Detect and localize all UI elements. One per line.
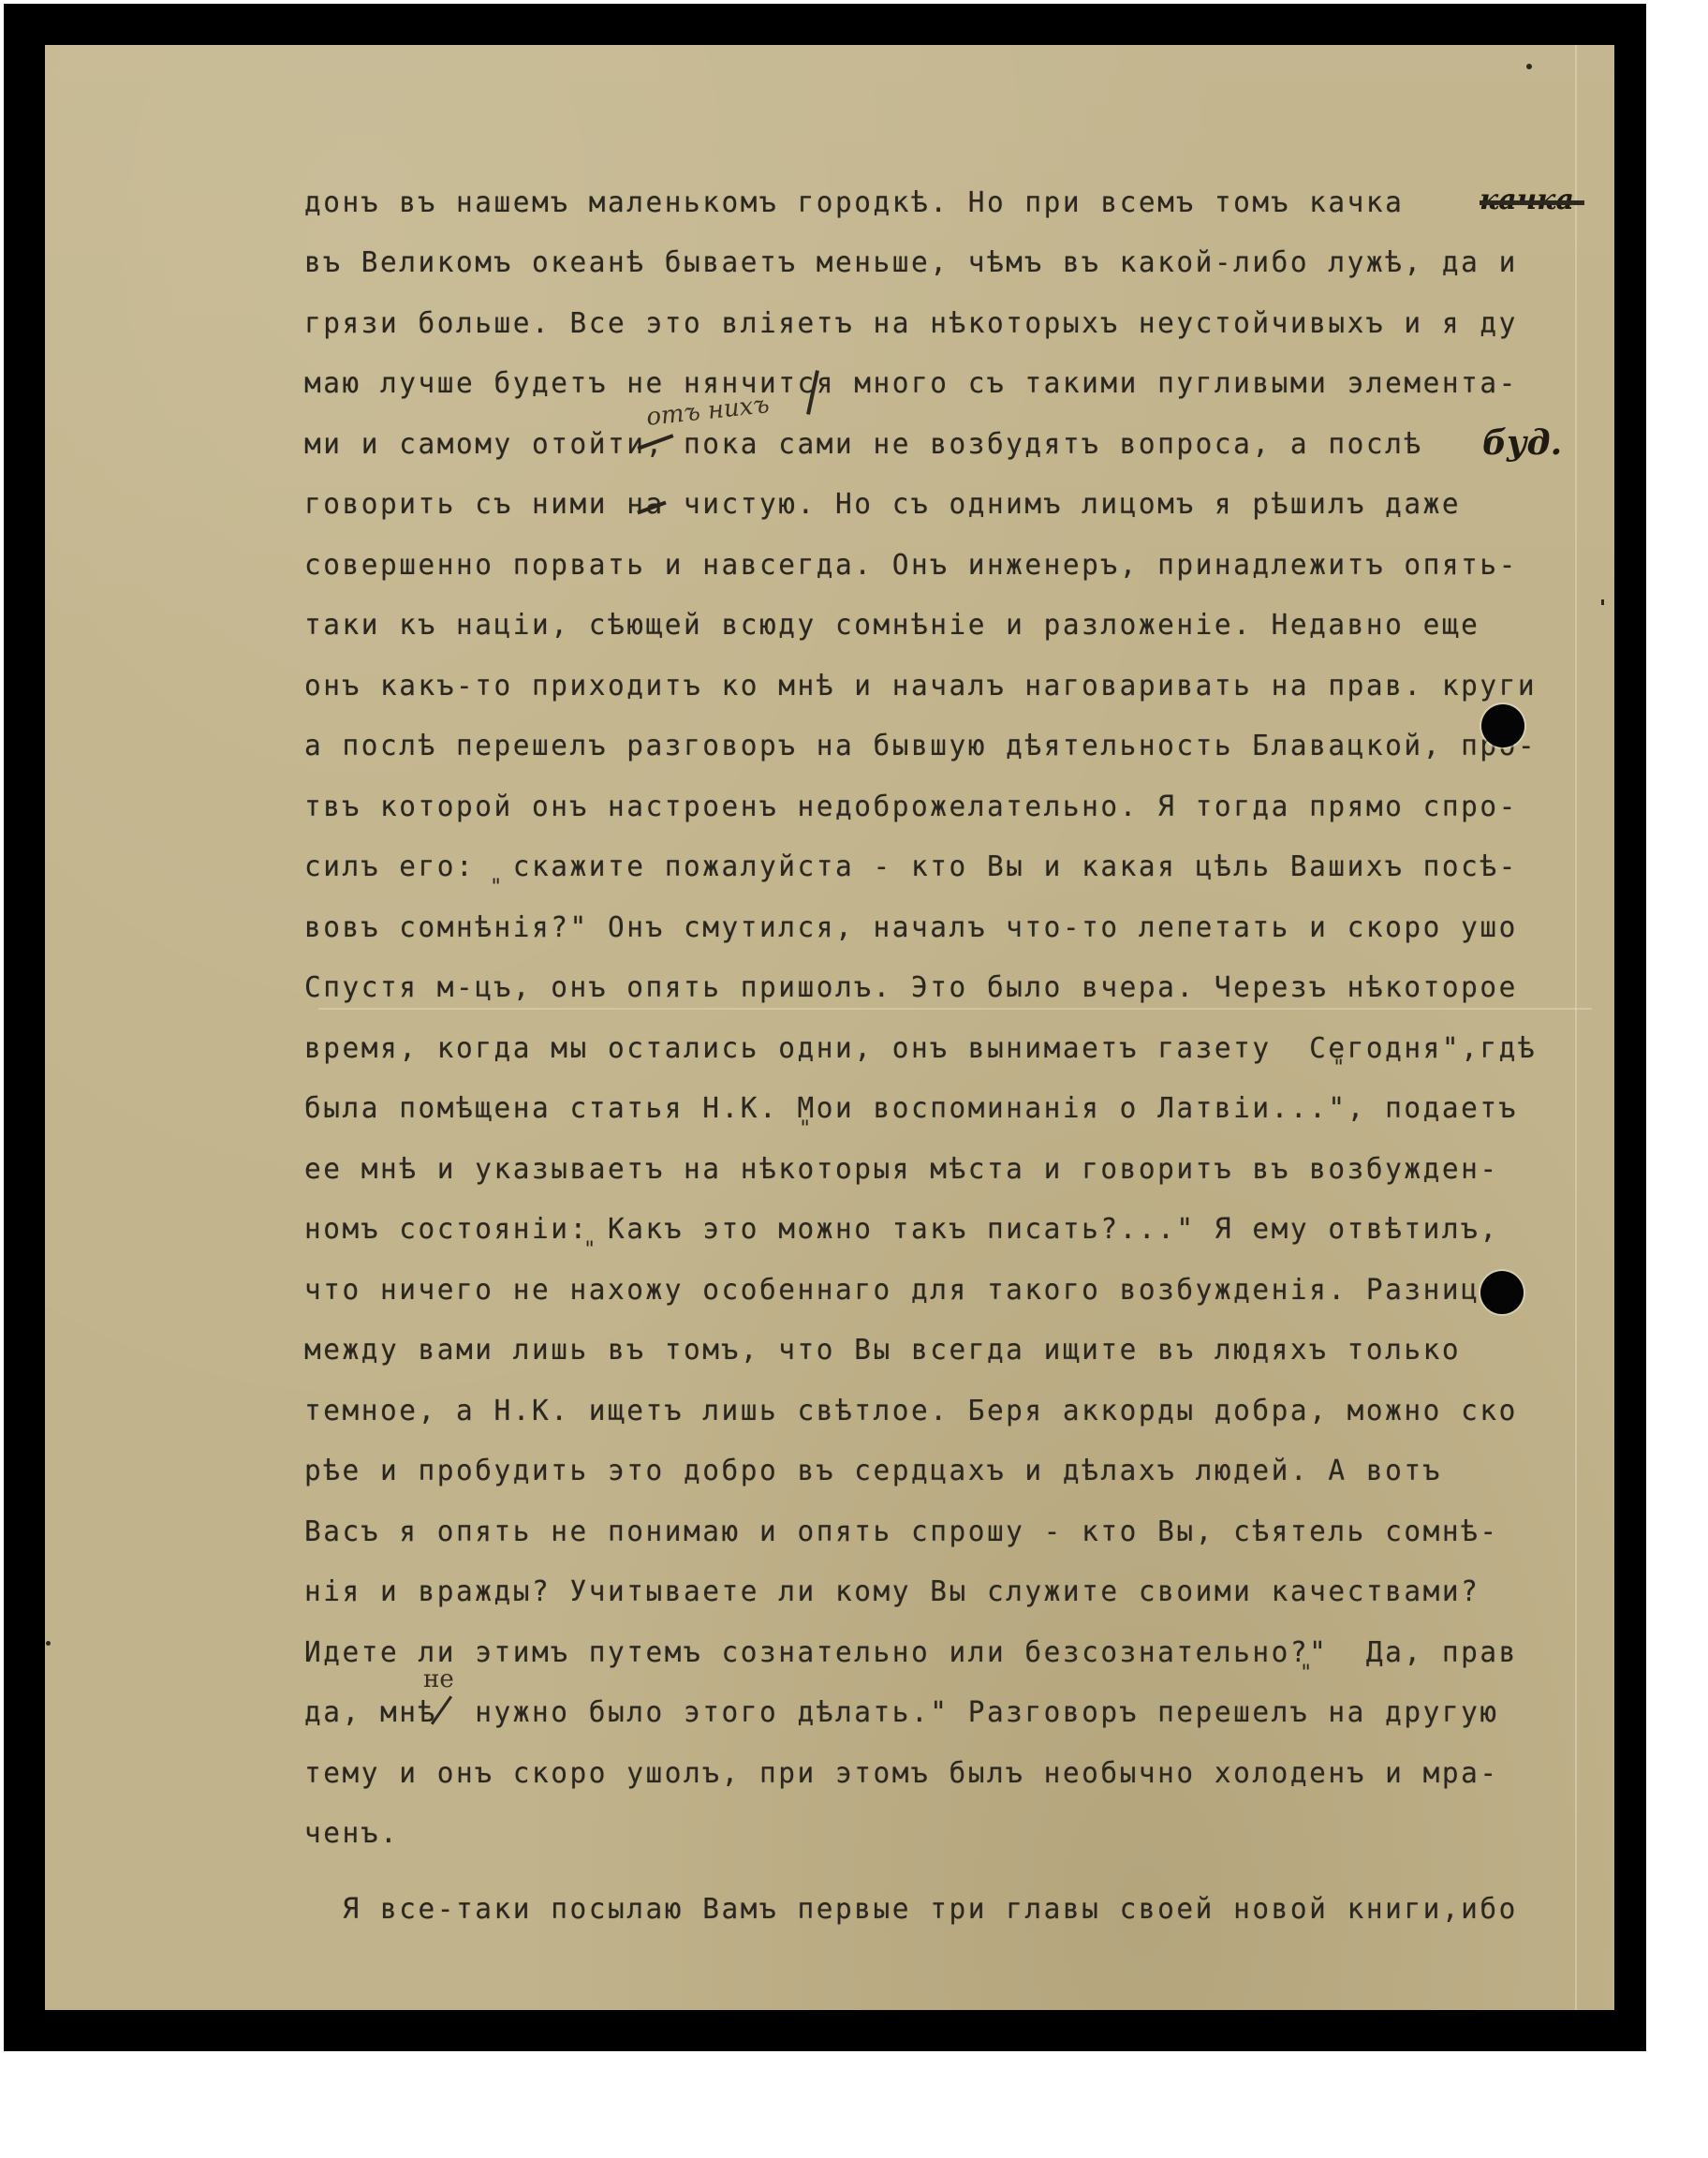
low-quote-mark: " xyxy=(490,876,502,899)
text-line: да, мнѣ нужно было этого дѣлать." Разгов… xyxy=(304,1696,1499,1730)
low-quote-mark: " xyxy=(1333,1057,1345,1080)
text-line: въ Великомъ океанѣ бываетъ меньше, чѣмъ … xyxy=(304,246,1518,280)
edge-speck xyxy=(46,1641,51,1646)
text-line: Спустя м-цъ, онъ опять пришолъ. Это было… xyxy=(304,971,1518,1005)
typewritten-body: донъ въ нашемъ маленькомъ городкѣ. Но пр… xyxy=(304,0,1615,2158)
text-line: таки къ націи, сѣющей всюду сомнѣніе и р… xyxy=(304,609,1480,643)
text-line: говорить съ ними на чистую. Но съ однимъ… xyxy=(304,488,1461,522)
text-line: грязи больше. Все это вліяетъ на нѣкотор… xyxy=(304,307,1518,341)
text-line: темное, а Н.К. ищетъ лишь свѣтлое. Беря … xyxy=(304,1395,1518,1428)
text-line: маю лучше будетъ не нянчится много съ та… xyxy=(304,367,1518,401)
text-line: нія и вражды? Учитываете ли кому Вы служ… xyxy=(304,1575,1480,1609)
text-line: рѣе и пробудить это добро въ сердцахъ и … xyxy=(304,1455,1442,1488)
text-line: тему и онъ скоро ушолъ, при этомъ былъ н… xyxy=(304,1757,1499,1791)
text-line: ми и самому отойти, пока сами не возбудя… xyxy=(304,428,1423,462)
text-line: совершенно порвать и навсегда. Онъ инжен… xyxy=(304,549,1518,583)
text-line: твъ которой онъ настроенъ недоброжелател… xyxy=(304,791,1518,824)
text-line: была помѣщена статья Н.К. Мои воспоминан… xyxy=(304,1092,1518,1126)
text-line-last-paragraph: Я все-таки посылаю Вамъ первые три главы… xyxy=(304,1893,1518,1927)
text-line: Васъ я опять не понимаю и опять спрошу -… xyxy=(304,1515,1499,1549)
text-line: донъ въ нашемъ маленькомъ городкѣ. Но пр… xyxy=(304,186,1423,220)
text-line: вовъ сомнѣнія?" Онъ смутился, началъ что… xyxy=(304,911,1518,945)
punch-hole xyxy=(1481,704,1524,747)
strikethrough-mark xyxy=(1480,200,1584,205)
text-line: ченъ. xyxy=(304,1817,399,1851)
text-line: онъ какъ-то приходитъ ко мнѣ и началъ на… xyxy=(304,670,1537,703)
text-line: между вами лишь въ томъ, что Вы всегда и… xyxy=(304,1334,1461,1367)
text-line: номъ состояніи: Какъ это можно такъ писа… xyxy=(304,1213,1499,1247)
text-line: Идете ли этимъ путемъ сознательно или бе… xyxy=(304,1636,1518,1670)
low-quote-mark: " xyxy=(583,1238,596,1262)
punch-hole xyxy=(1480,1271,1524,1314)
handwritten-insertion-ne: не xyxy=(423,1665,454,1693)
text-line: ее мнѣ и указываетъ на нѣкоторыя мѣста и… xyxy=(304,1153,1499,1187)
edge-mark xyxy=(1601,599,1604,605)
text-line: а послѣ перешелъ разговоръ на бывшую дѣя… xyxy=(304,730,1537,763)
text-line: время, когда мы остались одни, онъ выним… xyxy=(304,1032,1537,1066)
low-quote-mark: " xyxy=(799,1117,811,1141)
ink-speck xyxy=(1526,64,1532,69)
handwritten-margin-note: буд. xyxy=(1482,423,1562,463)
text-line: что ничего не нахожу особеннаго для тако… xyxy=(304,1274,1499,1308)
low-quote-mark: " xyxy=(1300,1662,1312,1685)
text-line: силъ его: скажите пожалуйста - кто Вы и … xyxy=(304,850,1518,884)
